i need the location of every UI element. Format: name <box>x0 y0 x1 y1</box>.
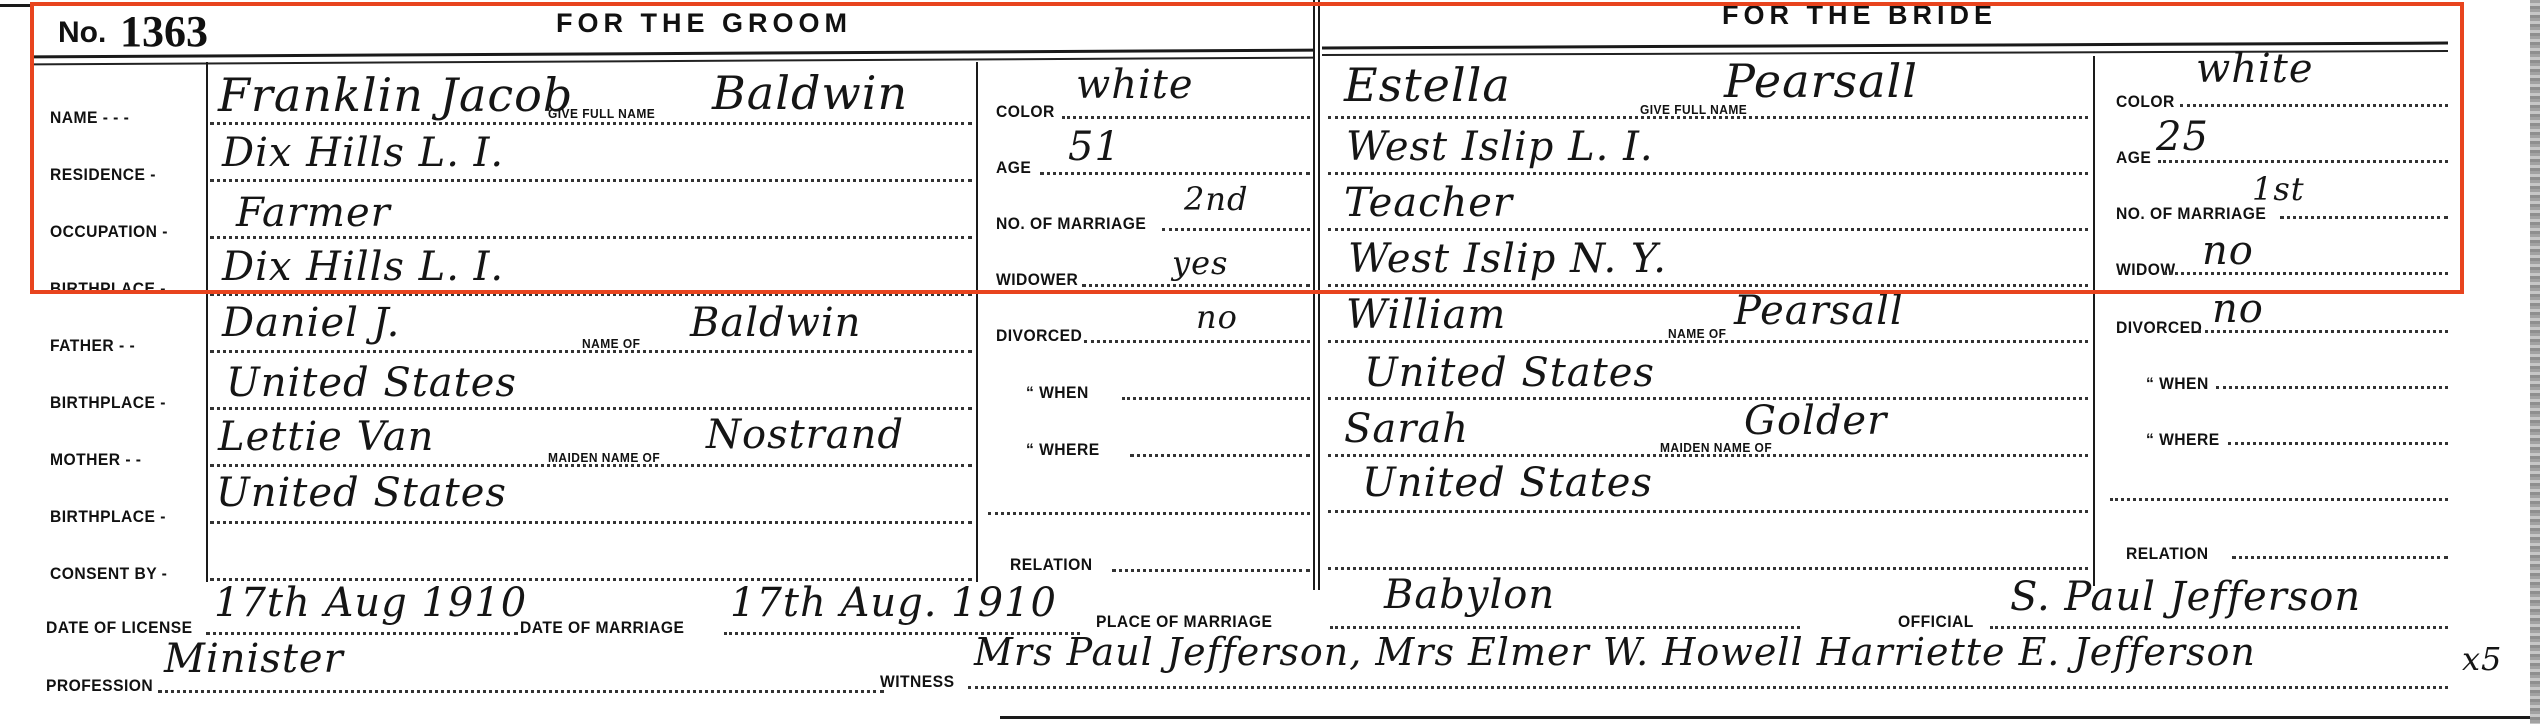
bride-divorced-where-line <box>2228 442 2448 445</box>
bride-color-label: COLOR <box>2116 92 2175 112</box>
bride-no-of-marriage-label: NO. OF MARRIAGE <box>2116 204 2266 224</box>
groom-relation-line <box>1112 569 1310 572</box>
groom-left-column-line <box>206 62 208 582</box>
bride-residence[interactable]: West Islip L. I. <box>1346 124 1654 170</box>
bride-no-of-marriage-line <box>2280 216 2448 219</box>
groom-divorced-line <box>1084 340 1310 343</box>
bride-divorced-label: DIVORCED <box>2116 318 2202 338</box>
bride-no-of-marriage-value[interactable]: 1st <box>2252 170 2305 208</box>
official-value[interactable]: S. Paul Jefferson <box>2010 574 2361 620</box>
groom-no-of-marriage-value[interactable]: 2nd <box>1184 180 1248 218</box>
bride-father-name-of-label: NAME OF <box>1668 326 1726 341</box>
groom-inner-column-line <box>976 62 978 582</box>
groom-divorced-when-label: “ WHEN <box>1026 383 1089 403</box>
groom-residence-line <box>210 179 972 182</box>
label-father-birthplace: BIRTHPLACE - <box>50 393 166 413</box>
center-divider-line-a <box>1313 0 1315 590</box>
label-birthplace: BIRTHPLACE - <box>50 279 166 299</box>
bride-inner-column-line <box>2093 56 2095 586</box>
groom-age-label: AGE <box>996 158 1031 178</box>
witness-line <box>968 686 2448 689</box>
groom-name-last[interactable]: Baldwin <box>712 66 908 120</box>
groom-father-birthplace[interactable]: United States <box>226 360 517 406</box>
groom-mother-first[interactable]: Lettie Van <box>218 414 434 460</box>
bride-birthplace[interactable]: West Islip N. Y. <box>1348 236 1667 282</box>
date-of-license-line <box>206 632 518 635</box>
bride-relation-line <box>1328 567 2088 570</box>
bride-extra-line <box>2110 498 2448 501</box>
groom-color-value[interactable]: white <box>1076 62 1194 108</box>
groom-no-of-marriage-line <box>1162 228 1310 231</box>
groom-mother-maiden[interactable]: Nostrand <box>706 412 904 458</box>
bride-divorced-when-line <box>2216 386 2448 389</box>
record-number: 1363 <box>120 6 208 57</box>
bride-father-first[interactable]: William <box>1346 292 1506 338</box>
bride-name-last[interactable]: Pearsall <box>1724 54 1918 108</box>
groom-father-birthplace-line <box>210 407 972 410</box>
groom-mother-birthplace[interactable]: United States <box>216 470 507 516</box>
groom-divorced-value[interactable]: no <box>1196 298 1238 336</box>
groom-mother-maiden-name-of-label: MAIDEN NAME OF <box>548 450 660 465</box>
witness-mark: x5 <box>2462 640 2502 678</box>
label-occupation: OCCUPATION - <box>50 222 168 242</box>
official-line <box>1990 626 2448 629</box>
groom-occupation[interactable]: Farmer <box>236 190 391 236</box>
date-of-marriage-value[interactable]: 17th Aug. 1910 <box>730 580 1057 626</box>
groom-father-last[interactable]: Baldwin <box>690 300 861 346</box>
groom-no-of-marriage-label: NO. OF MARRIAGE <box>996 214 1146 234</box>
bride-father-last[interactable]: Pearsall <box>1734 288 1904 334</box>
bride-residence-line <box>1328 172 2088 175</box>
groom-widower-label: WIDOWER <box>996 270 1078 290</box>
page-binding-edge <box>2530 0 2540 724</box>
groom-father-first[interactable]: Daniel J. <box>222 300 400 346</box>
groom-heading: FOR THE GROOM <box>556 8 852 39</box>
groom-extra-line <box>988 512 1310 515</box>
label-mother-birthplace: BIRTHPLACE - <box>50 507 166 527</box>
bride-mother-first[interactable]: Sarah <box>1344 406 1469 452</box>
groom-relation-label: RELATION <box>1010 555 1092 575</box>
bride-father-birthplace[interactable]: United States <box>1364 350 1655 396</box>
groom-birthplace-line <box>210 293 972 296</box>
bride-father-birthplace-line <box>1328 397 2088 400</box>
groom-color-label: COLOR <box>996 102 1055 122</box>
place-of-marriage-label: PLACE OF MARRIAGE <box>1096 612 1272 632</box>
groom-birthplace[interactable]: Dix Hills L. I. <box>222 244 504 290</box>
profession-line <box>158 690 884 693</box>
groom-name-first[interactable]: Franklin Jacob <box>218 68 573 122</box>
label-consent-by: CONSENT BY - <box>50 564 167 584</box>
bride-occupation[interactable]: Teacher <box>1344 180 1513 226</box>
groom-father-name-of-label: NAME OF <box>582 336 640 351</box>
bride-mother-birthplace[interactable]: United States <box>1362 460 1653 506</box>
bride-divorced-where-label: “ WHERE <box>2146 430 2220 450</box>
profession-label: PROFESSION <box>46 676 153 696</box>
profession-value[interactable]: Minister <box>164 636 344 682</box>
date-of-license-value[interactable]: 17th Aug 1910 <box>214 580 527 626</box>
date-of-license-label: DATE OF LICENSE <box>46 618 193 638</box>
groom-divorced-where-line <box>1130 454 1310 457</box>
bride-occupation-line <box>1328 228 2088 231</box>
groom-occupation-line <box>210 236 972 239</box>
date-of-marriage-label: DATE OF MARRIAGE <box>520 618 684 638</box>
groom-age-value[interactable]: 51 <box>1068 124 1121 170</box>
bride-relation-label: RELATION <box>2126 544 2208 564</box>
label-name: NAME - - - <box>50 108 129 128</box>
witness-value[interactable]: Mrs Paul Jefferson, Mrs Elmer W. Howell … <box>974 630 2256 674</box>
bride-age-value[interactable]: 25 <box>2156 114 2209 160</box>
place-of-marriage-line <box>1330 626 1800 629</box>
bride-color-line <box>2180 104 2448 107</box>
groom-divorced-when-line <box>1122 397 1310 400</box>
groom-divorced-label: DIVORCED <box>996 326 1082 346</box>
groom-age-line <box>1040 172 1310 175</box>
witness-label: WITNESS <box>880 672 954 692</box>
bride-color-value[interactable]: white <box>2196 46 2314 92</box>
bride-name-first[interactable]: Estella <box>1344 58 1511 112</box>
bottom-page-rule <box>1000 716 2530 719</box>
bride-age-line <box>2158 160 2448 163</box>
bride-mother-maiden[interactable]: Golder <box>1744 398 1887 444</box>
groom-divorced-where-label: “ WHERE <box>1026 440 1100 460</box>
bride-age-label: AGE <box>2116 148 2151 168</box>
label-father: FATHER - - <box>50 336 135 356</box>
bride-widow-value[interactable]: no <box>2202 228 2254 274</box>
groom-widower-line <box>1082 284 1310 287</box>
bride-widow-label: WIDOW <box>2116 260 2176 280</box>
bride-mother-birthplace-line <box>1328 510 2088 513</box>
top-left-rule <box>0 4 30 7</box>
bride-divorced-when-label: “ WHEN <box>2146 374 2209 394</box>
label-mother: MOTHER - - <box>50 450 141 470</box>
groom-residence[interactable]: Dix Hills L. I. <box>222 130 504 176</box>
marriage-record: No. 1363 FOR THE GROOM FOR THE BRIDE NAM… <box>0 0 2548 724</box>
groom-mother-birthplace-line <box>210 521 972 524</box>
bride-heading: FOR THE BRIDE <box>1722 0 1997 31</box>
label-residence: RESIDENCE - <box>50 165 156 185</box>
groom-name-line <box>210 122 972 125</box>
bride-birthplace-line <box>1328 284 2088 287</box>
center-divider-line-b <box>1318 0 1320 590</box>
record-number-prefix: No. <box>58 16 106 50</box>
groom-color-line <box>1062 116 1310 119</box>
bride-relation-line-right <box>2232 556 2448 559</box>
bride-divorced-value[interactable]: no <box>2212 286 2264 332</box>
official-label: OFFICIAL <box>1898 612 1974 632</box>
groom-widower-value[interactable]: yes <box>1172 244 1228 282</box>
place-of-marriage-value[interactable]: Babylon <box>1384 572 1555 618</box>
